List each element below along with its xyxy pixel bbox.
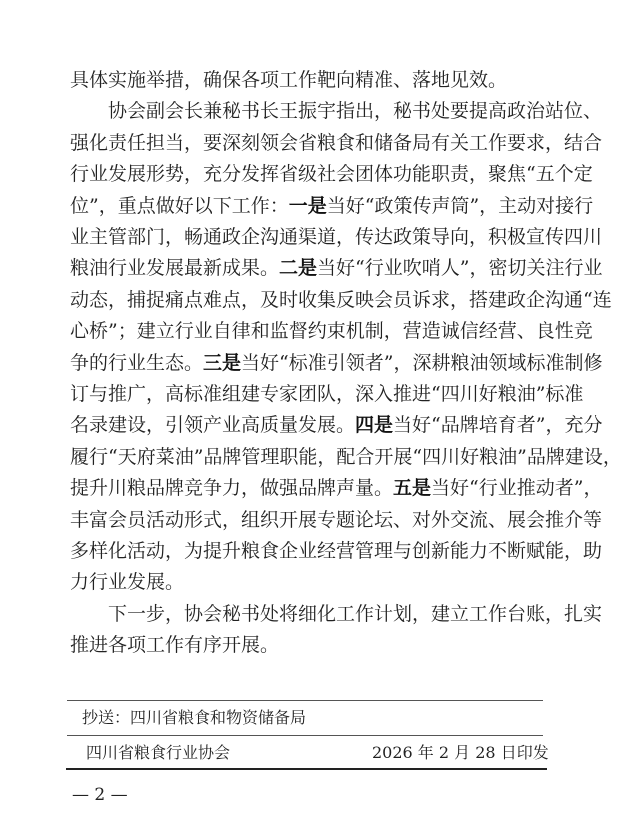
text-run: 协会副会长兼秘书长王振宇指出，秘书处要提高政治站位、 <box>108 100 602 122</box>
body-line: 履行“天府菜油”品牌管理职能，配合开展“四川好粮油”品牌建设， <box>70 442 564 472</box>
text-run: 订与推广，高标准组建专家团队，深入推进“四川好粮油”标准 <box>70 383 583 405</box>
text-run: 当好“政策传声筒”，主动对接行 <box>327 195 593 217</box>
text-run: 名录建设，引领产业高质量发展。 <box>70 414 355 436</box>
issue-date: 2026 年 2 月 28 日印发 <box>372 741 540 765</box>
text-run: 当好“标准引领者”，深耕粮油领域标准制修 <box>241 352 602 374</box>
bold-ordinal: 二是 <box>279 257 317 279</box>
cc-label: 抄送： <box>82 708 130 727</box>
bold-ordinal: 一是 <box>289 195 327 217</box>
body-line: 力行业发展。 <box>70 567 564 597</box>
issuer: 四川省粮食行业协会 <box>86 741 230 765</box>
bold-ordinal: 五是 <box>393 477 431 499</box>
body-line: 多样化活动，为提升粮食企业经营管理与创新能力不断赋能，助 <box>70 536 564 566</box>
text-run: 丰富会员活动形式，组织开展专题论坛、对外交流、展会推介等 <box>70 509 602 531</box>
bold-ordinal: 四是 <box>355 414 393 436</box>
footer-bottom-rule <box>66 768 547 770</box>
body-line: 粮油行业发展最新成果。二是当好“行业吹哨人”，密切关注行业 <box>70 253 564 283</box>
cc-recipient: 四川省粮食和物资储备局 <box>130 708 306 727</box>
body-line: 争的行业生态。三是当好“标准引领者”，深耕粮油领域标准制修 <box>70 348 564 378</box>
text-run: 强化责任担当，要深刻领会省粮食和储备局有关工作要求，结合 <box>70 132 602 154</box>
text-run: 动态，捕捉痛点难点，及时收集反映会员诉求，搭建政企沟通“连 <box>70 289 612 311</box>
body-line: 推进各项工作有序开展。 <box>70 630 564 660</box>
footer-middle-rule <box>67 735 543 736</box>
text-run: 力行业发展。 <box>70 571 184 593</box>
text-run: 多样化活动，为提升粮食企业经营管理与创新能力不断赋能，助 <box>70 540 602 562</box>
text-run: 争的行业生态。 <box>70 352 203 374</box>
body-line: 位”，重点做好以下工作：一是当好“政策传声筒”，主动对接行 <box>70 191 564 221</box>
bold-ordinal: 三是 <box>203 352 241 374</box>
text-run: 当好“行业推动者”， <box>431 477 602 499</box>
text-run: 当好“行业吹哨人”，密切关注行业 <box>317 257 602 279</box>
body-line: 提升川粮品牌竞争力，做强品牌声量。五是当好“行业推动者”， <box>70 473 564 503</box>
footer-top-rule <box>67 700 543 701</box>
body-line: 下一步，协会秘书处将细化工作计划，建立工作台账，扎实 <box>108 599 564 629</box>
body-line: 丰富会员活动形式，组织开展专题论坛、对外交流、展会推介等 <box>70 505 564 535</box>
page-number: — 2 — <box>72 783 128 807</box>
text-run: 履行“天府菜油”品牌管理职能，配合开展“四川好粮油”品牌建设， <box>70 446 622 468</box>
body-line: 动态，捕捉痛点难点，及时收集反映会员诉求，搭建政企沟通“连 <box>70 285 564 315</box>
text-run: 具体实施举措，确保各项工作靶向精准、落地见效。 <box>70 69 507 91</box>
text-run: 当好“品牌培育者”，充分 <box>393 414 602 436</box>
text-run: 行业发展形势，充分发挥省级社会团体功能职责，聚焦“五个定 <box>70 163 593 185</box>
cc-line: 抄送：四川省粮食和物资储备局 <box>82 706 306 730</box>
body-line: 行业发展形势，充分发挥省级社会团体功能职责，聚焦“五个定 <box>70 159 564 189</box>
text-run: 提升川粮品牌竞争力，做强品牌声量。 <box>70 477 393 499</box>
text-run: 下一步，协会秘书处将细化工作计划，建立工作台账，扎实 <box>108 603 602 625</box>
text-run: 心桥”；建立行业自律和监督约束机制，营造诚信经营、良性竞 <box>70 320 593 342</box>
text-run: 业主管部门，畅通政企沟通渠道，传达政策导向，积极宣传四川 <box>70 226 602 248</box>
body-line: 名录建设，引领产业高质量发展。四是当好“品牌培育者”，充分 <box>70 410 564 440</box>
text-run: 推进各项工作有序开展。 <box>70 634 279 656</box>
body-line: 具体实施举措，确保各项工作靶向精准、落地见效。 <box>70 65 564 95</box>
body-line: 强化责任担当，要深刻领会省粮食和储备局有关工作要求，结合 <box>70 128 564 158</box>
body-line: 订与推广，高标准组建专家团队，深入推进“四川好粮油”标准 <box>70 379 564 409</box>
text-run: 粮油行业发展最新成果。 <box>70 257 279 279</box>
text-run: 位”，重点做好以下工作： <box>70 195 289 217</box>
body-line: 协会副会长兼秘书长王振宇指出，秘书处要提高政治站位、 <box>108 96 564 126</box>
body-line: 业主管部门，畅通政企沟通渠道，传达政策导向，积极宣传四川 <box>70 222 564 252</box>
document-page: 具体实施举措，确保各项工作靶向精准、落地见效。协会副会长兼秘书长王振宇指出，秘书… <box>0 0 628 829</box>
body-line: 心桥”；建立行业自律和监督约束机制，营造诚信经营、良性竞 <box>70 316 564 346</box>
